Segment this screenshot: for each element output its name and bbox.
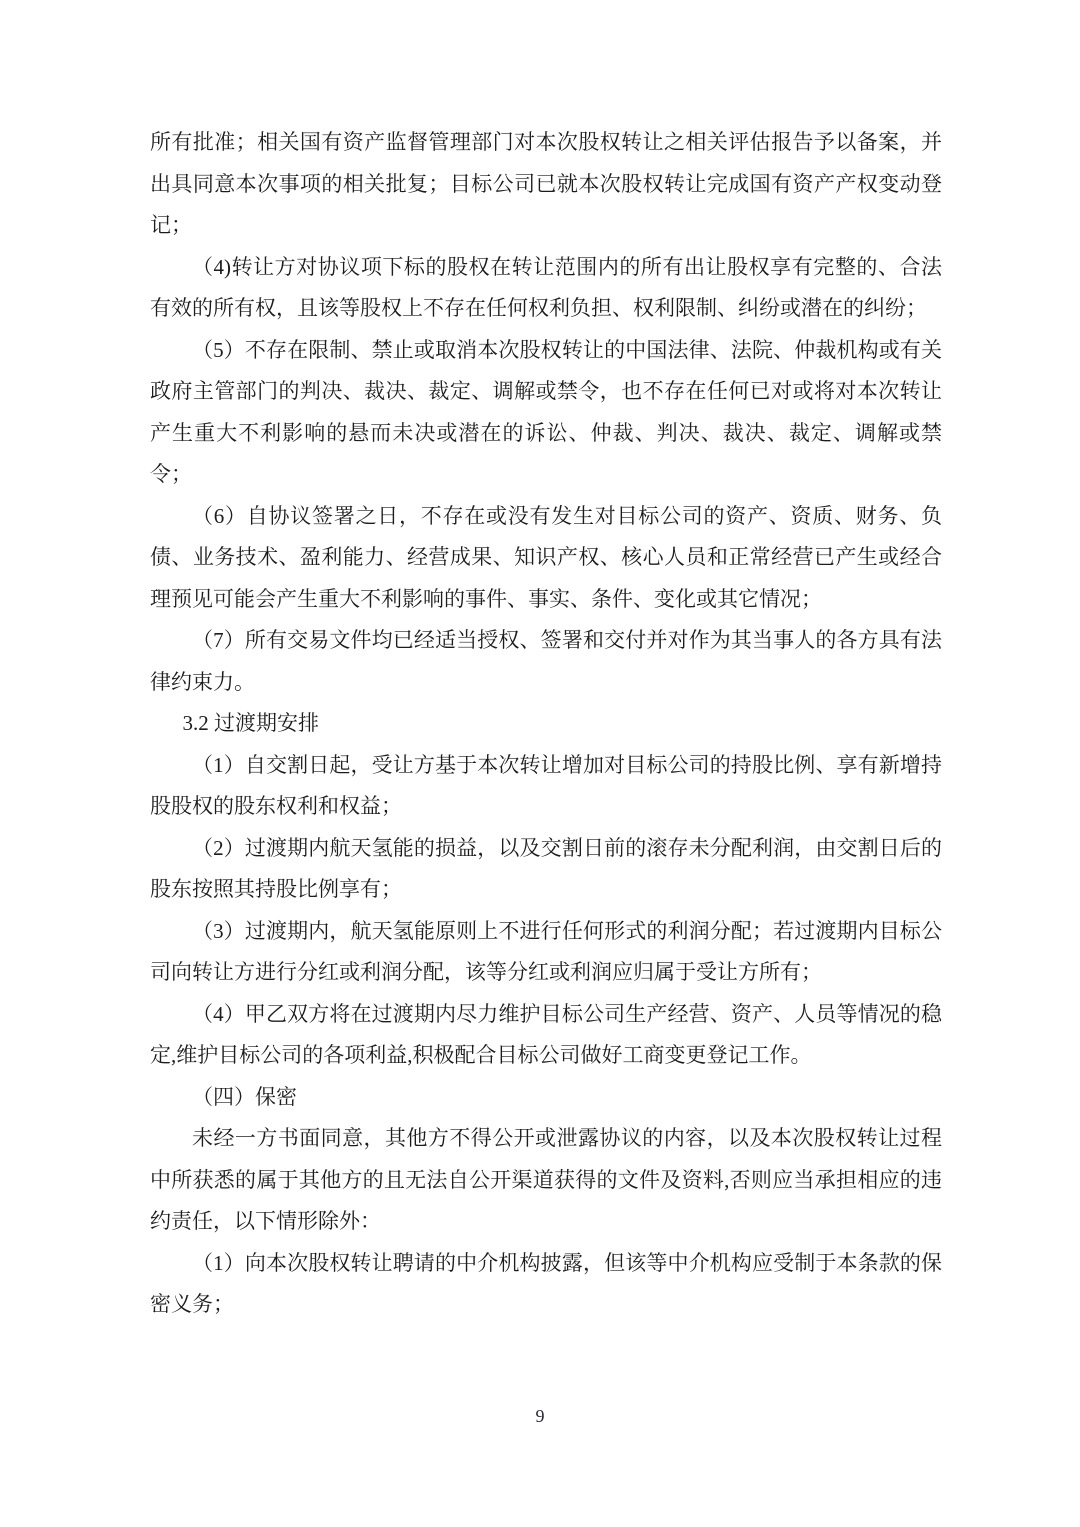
paragraph-warranty-4-ownership: （4)转让方对协议项下标的股权在转让范围内的所有出让股权享有完整的、合法有效的所… [150, 247, 942, 330]
document-page: 所有批准；相关国有资产监督管理部门对本次股权转让之相关评估报告予以备案，并出具同… [0, 0, 1080, 1527]
paragraph-warranty-7-binding-force: （7）所有交易文件均已经适当授权、签署和交付并对作为其当事人的各方具有法律约束力… [150, 620, 942, 703]
paragraph-warranty-6-no-adverse-events: （6）自协议签署之日，不存在或没有发生对目标公司的资产、资质、财务、负债、业务技… [150, 496, 942, 621]
paragraph-confidentiality-obligation: 未经一方书面同意，其他方不得公开或泄露协议的内容，以及本次股权转让过程中所获悉的… [150, 1118, 942, 1243]
paragraph-transition-2-profit-attribution: （2）过渡期内航天氢能的损益，以及交割日前的滚存未分配利润，由交割日后的股东按照… [150, 828, 942, 911]
paragraph-transition-4-stability: （4）甲乙双方将在过渡期内尽力维护目标公司生产经营、资产、人员等情况的稳定,维护… [150, 994, 942, 1077]
heading-transition-period: 3.2 过渡期安排 [150, 703, 942, 745]
document-body: 所有批准；相关国有资产监督管理部门对本次股权转让之相关评估报告予以备案，并出具同… [150, 122, 942, 1326]
paragraph-transition-3-no-distribution: （3）过渡期内，航天氢能原则上不进行任何形式的利润分配；若过渡期内目标公司向转让… [150, 911, 942, 994]
page-number: 9 [0, 1406, 1080, 1427]
paragraph-transition-1-equity-ratio: （1）自交割日起，受让方基于本次转让增加对目标公司的持股比例、享有新增持股股权的… [150, 745, 942, 828]
paragraph-approval-registration: 所有批准；相关国有资产监督管理部门对本次股权转让之相关评估报告予以备案，并出具同… [150, 122, 942, 247]
paragraph-confidentiality-exception-1: （1）向本次股权转让聘请的中介机构披露，但该等中介机构应受制于本条款的保密义务； [150, 1243, 942, 1326]
heading-confidentiality: （四）保密 [150, 1077, 942, 1119]
paragraph-warranty-5-no-legal-restriction: （5）不存在限制、禁止或取消本次股权转让的中国法律、法院、仲裁机构或有关政府主管… [150, 330, 942, 496]
